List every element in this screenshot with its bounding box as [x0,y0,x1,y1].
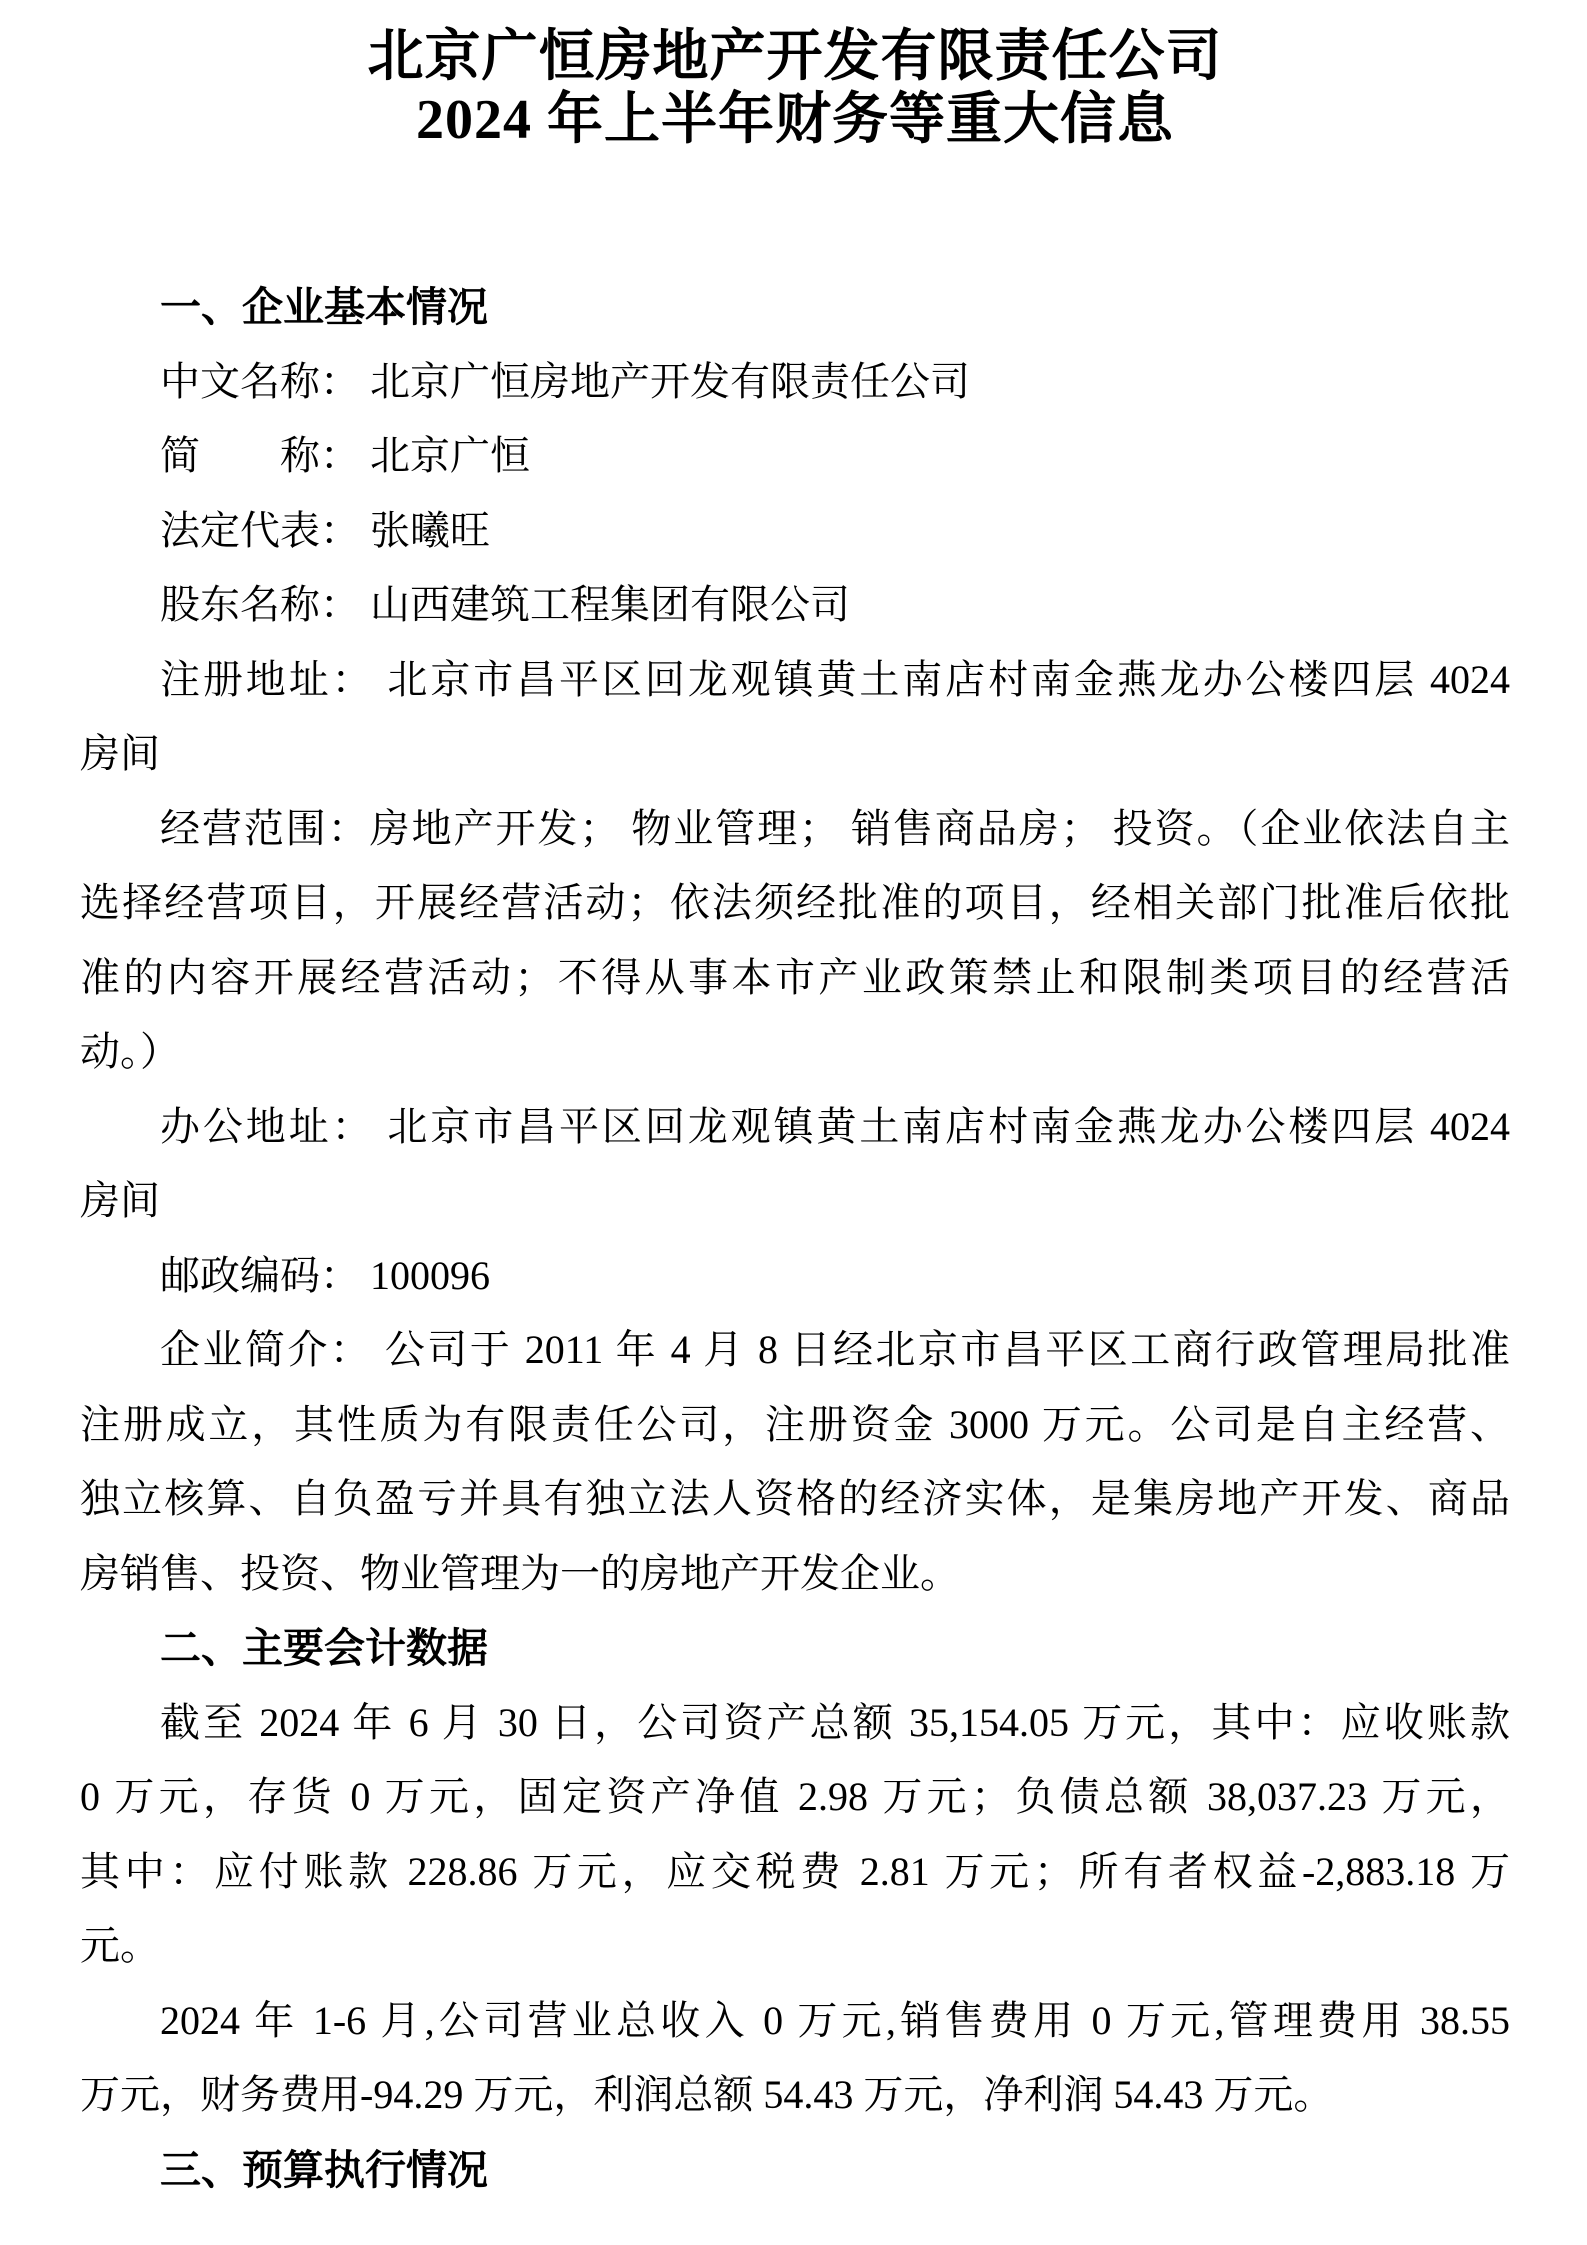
accounting-data-line-6: 万元，财务费用-94.29 万元，利润总额 54.43 万元，净利润 54.43… [80,2058,1510,2133]
accounting-data-line-3: 其中：应付账款 228.86 万元，应交税费 2.81 万元；所有者权益-2,8… [80,1835,1510,1910]
accounting-data-line-4: 元。 [80,1909,1510,1984]
chinese-name-line: 中文名称： 北京广恒房地产开发有限责任公司 [80,345,1510,420]
title-line-2: 2024 年上半年财务等重大信息 [80,89,1510,152]
registered-address-line-2: 房间 [80,717,1510,792]
short-name-line: 简 称： 北京广恒 [80,419,1510,494]
shareholder-name-line: 股东名称： 山西建筑工程集团有限公司 [80,568,1510,643]
document-content: 北京广恒房地产开发有限责任公司 2024 年上半年财务等重大信息 一、企业基本情… [0,0,1587,2207]
accounting-data-line-5: 2024 年 1-6 月,公司营业总收入 0 万元,销售费用 0 万元,管理费用… [80,1984,1510,2059]
office-address-line-1: 办公地址： 北京市昌平区回龙观镇黄土南店村南金燕龙办公楼四层 4024 [80,1090,1510,1165]
company-profile-line-1: 企业简介： 公司于 2011 年 4 月 8 日经北京市昌平区工商行政管理局批准 [80,1313,1510,1388]
accounting-data-line-1: 截至 2024 年 6 月 30 日，公司资产总额 35,154.05 万元，其… [80,1686,1510,1761]
title-line-1: 北京广恒房地产开发有限责任公司 [80,26,1510,89]
postal-code-line: 邮政编码： 100096 [80,1239,1510,1314]
document-body: 一、企业基本情况 中文名称： 北京广恒房地产开发有限责任公司 简 称： 北京广恒… [80,270,1510,2207]
section-2-heading: 二、主要会计数据 [80,1611,1510,1686]
office-address-line-2: 房间 [80,1164,1510,1239]
accounting-data-line-2: 0 万元，存货 0 万元，固定资产净值 2.98 万元；负债总额 38,037.… [80,1760,1510,1835]
document-title: 北京广恒房地产开发有限责任公司 2024 年上半年财务等重大信息 [80,0,1510,152]
business-scope-line-1: 经营范围：房地产开发； 物业管理； 销售商品房； 投资。（企业依法自主 [80,792,1510,867]
legal-representative-line: 法定代表： 张曦旺 [80,494,1510,569]
company-profile-line-3: 独立核算、自负盈亏并具有独立法人资格的经济实体，是集房地产开发、商品 [80,1462,1510,1537]
section-3-heading: 三、预算执行情况 [80,2133,1510,2208]
business-scope-line-3: 准的内容开展经营活动；不得从事本市产业政策禁止和限制类项目的经营活 [80,941,1510,1016]
business-scope-line-4: 动。） [80,1015,1510,1090]
document-page: 北京广恒房地产开发有限责任公司 2024 年上半年财务等重大信息 一、企业基本情… [0,0,1587,2245]
registered-address-line-1: 注册地址： 北京市昌平区回龙观镇黄土南店村南金燕龙办公楼四层 4024 [80,643,1510,718]
business-scope-line-2: 选择经营项目，开展经营活动；依法须经批准的项目，经相关部门批准后依批 [80,866,1510,941]
company-profile-line-4: 房销售、投资、物业管理为一的房地产开发企业。 [80,1537,1510,1612]
section-1-heading: 一、企业基本情况 [80,270,1510,345]
company-profile-line-2: 注册成立，其性质为有限责任公司，注册资金 3000 万元。公司是自主经营、 [80,1388,1510,1463]
